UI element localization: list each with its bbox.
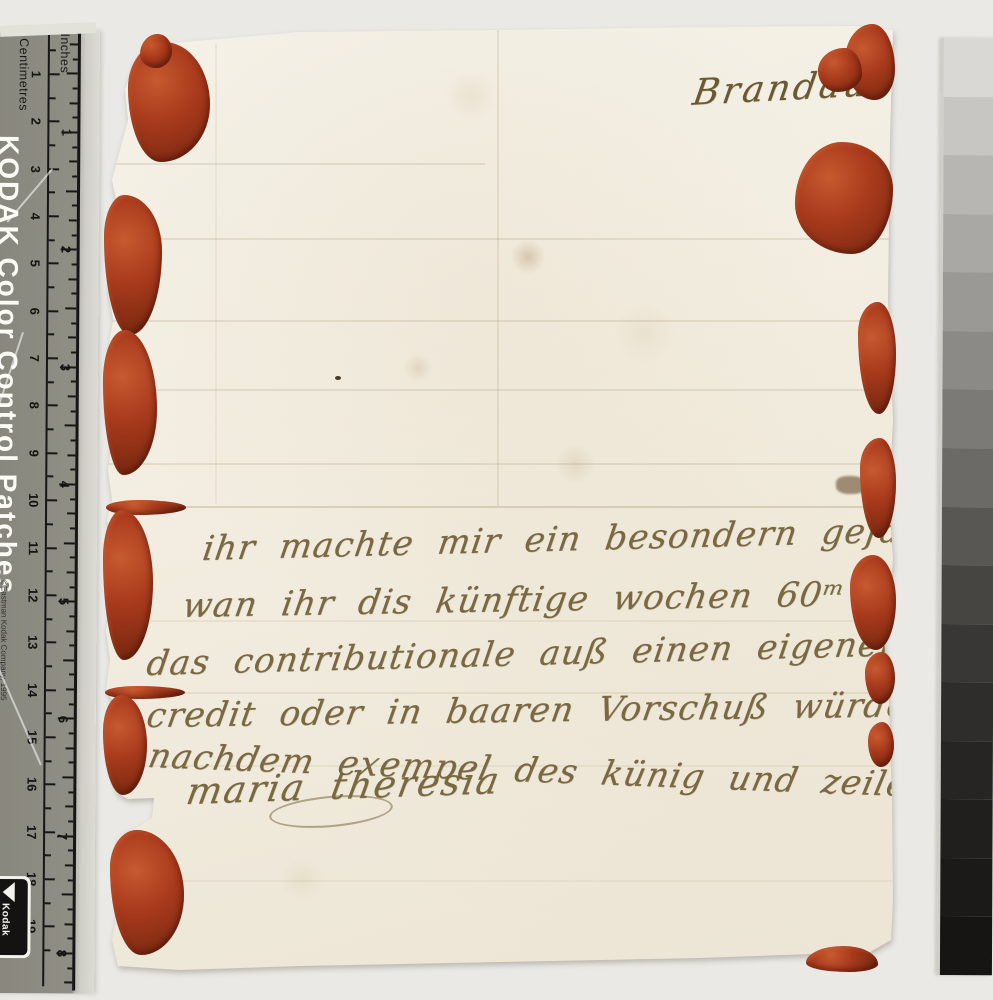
inch-tick	[70, 381, 76, 383]
stain	[403, 354, 433, 382]
inch-tick	[61, 249, 77, 251]
fold-crease	[103, 506, 898, 508]
cm-half-tick	[47, 523, 53, 525]
cm-number: 5	[27, 255, 45, 273]
inch-tick	[72, 117, 78, 119]
inch-tick	[66, 689, 74, 691]
inch-tick	[62, 777, 73, 779]
inch-tick	[64, 542, 75, 544]
inch-tick	[68, 821, 74, 823]
inch-tick	[72, 58, 78, 60]
inch-tick	[67, 938, 73, 940]
cm-tick	[47, 547, 57, 549]
inch-tick	[70, 102, 78, 104]
gray-step	[941, 565, 993, 624]
cm-half-tick	[46, 760, 52, 762]
inch-tick	[69, 615, 75, 617]
wax-seal-fragment	[140, 34, 172, 68]
inch-tick	[69, 674, 75, 676]
cm-half-tick	[48, 286, 54, 288]
wax-seal-fragment	[868, 722, 894, 767]
inch-tick	[70, 498, 76, 500]
inch-tick	[68, 337, 76, 339]
ink-fleck	[335, 376, 341, 380]
cm-number: 7	[26, 349, 44, 367]
inch-tick	[61, 131, 77, 133]
inch-tick	[67, 879, 73, 881]
inch-tick	[65, 923, 73, 925]
inch-tick	[71, 263, 77, 265]
fold-crease	[103, 163, 485, 165]
wax-seal-fragment	[795, 142, 893, 254]
cm-half-tick	[49, 192, 55, 194]
inch-tick	[68, 395, 76, 397]
cm-tick	[47, 499, 57, 501]
inch-tick	[69, 586, 75, 588]
inch-tick	[65, 307, 76, 309]
cm-number: 13	[24, 633, 42, 651]
inch-tick	[72, 175, 78, 177]
stain	[510, 240, 546, 274]
cm-number: 8	[26, 397, 44, 415]
gray-step	[944, 38, 993, 97]
cm-half-tick	[48, 428, 54, 430]
inch-tick	[70, 469, 76, 471]
cm-half-tick	[47, 476, 53, 478]
inch-tick	[66, 630, 74, 632]
cm-tick	[46, 641, 56, 643]
inch-tick	[64, 982, 72, 984]
fold-crease	[103, 463, 898, 465]
inch-tick	[59, 601, 75, 603]
gray-step	[940, 916, 992, 975]
cm-half-tick	[48, 334, 54, 336]
inch-tick	[69, 557, 75, 559]
cm-tick	[50, 73, 60, 75]
inch-tick	[68, 762, 74, 764]
cm-half-tick	[45, 807, 51, 809]
gray-step	[942, 507, 993, 566]
cm-tick	[47, 452, 57, 454]
stain	[613, 304, 677, 362]
inch-tick	[70, 43, 78, 45]
cm-half-tick	[47, 570, 53, 572]
gray-step	[940, 858, 992, 917]
gray-step	[942, 448, 993, 507]
inch-tick	[68, 703, 74, 705]
cm-half-tick	[48, 381, 54, 383]
inch-tick	[66, 747, 74, 749]
cm-number: 1	[28, 65, 46, 83]
inch-tick	[67, 850, 73, 852]
gray-step	[941, 682, 993, 741]
inch-tick	[72, 87, 78, 89]
cm-tick	[48, 310, 58, 312]
inch-tick	[56, 952, 72, 954]
cm-number: 3	[27, 160, 45, 178]
inch-tick	[66, 190, 77, 192]
fold-crease	[103, 880, 898, 882]
inch-tick	[71, 234, 77, 236]
cm-half-tick	[45, 855, 51, 857]
cm-half-tick	[46, 618, 52, 620]
inch-tick	[69, 219, 77, 221]
inch-tick	[71, 293, 77, 295]
inch-tick	[67, 571, 75, 573]
cm-tick	[48, 405, 58, 407]
gray-step	[942, 331, 993, 390]
cm-number: 12	[24, 586, 42, 604]
cm-number: 10	[25, 491, 43, 509]
archival-photo-page: { "ruler": { "brand_text": "KODAK Color …	[0, 0, 993, 1000]
cm-tick	[45, 784, 55, 786]
inch-tick	[69, 527, 75, 529]
cm-tick	[49, 215, 59, 217]
kodak-logo: Kodak	[0, 876, 31, 958]
gray-step	[940, 799, 992, 858]
kodak-chevron-icon	[3, 882, 15, 902]
gray-step	[943, 155, 993, 214]
inch-tick	[60, 366, 76, 368]
stain	[278, 858, 326, 900]
inch-tick	[67, 73, 78, 75]
manuscript-paper: Brandau ihr machte mir ein besondern gef…	[103, 24, 898, 974]
inch-tick	[69, 645, 75, 647]
cm-number: 16	[23, 775, 41, 793]
inch-tick	[67, 513, 75, 515]
fold-crease	[103, 238, 898, 240]
cm-number: 6	[26, 302, 44, 320]
inch-tick	[71, 322, 77, 324]
inch-tick	[65, 865, 73, 867]
cm-tick	[49, 263, 59, 265]
stain	[443, 72, 499, 120]
cm-half-tick	[49, 144, 55, 146]
inch-tick	[67, 909, 73, 911]
inch-tick	[68, 733, 74, 735]
cm-half-tick	[44, 949, 50, 951]
cm-number: 17	[23, 823, 41, 841]
kodak-ruler-strip: KODAK Color Control Patches Centimetres …	[0, 30, 100, 994]
cm-half-tick	[50, 49, 56, 51]
fold-crease	[103, 389, 898, 391]
inch-tick	[58, 718, 74, 720]
fold-crease	[103, 320, 898, 322]
kodak-logo-text: Kodak	[0, 903, 11, 936]
cm-half-tick	[46, 713, 52, 715]
inch-tick	[63, 659, 74, 661]
cm-number: 14	[24, 681, 42, 699]
inch-tick	[57, 835, 73, 837]
fold-crease-vertical	[215, 44, 217, 504]
cm-tick	[45, 878, 55, 880]
gray-wedge-steps	[940, 38, 993, 975]
inch-tick	[69, 161, 77, 163]
stain	[553, 444, 597, 484]
gray-step	[943, 97, 993, 156]
gray-step	[941, 741, 993, 800]
inch-tick	[71, 351, 77, 353]
inch-tick	[67, 967, 73, 969]
cm-half-tick	[50, 97, 56, 99]
manuscript-line: wan ihr dis künftige wochen 60ᵐ auf	[180, 573, 898, 626]
cm-number: 4	[27, 207, 45, 225]
manuscript-line: ihr machte mir ein besondern gefall	[200, 510, 898, 569]
cm-half-tick	[49, 239, 55, 241]
cm-number: 2	[27, 113, 45, 131]
kodak-logo-mark: Kodak	[0, 879, 28, 955]
cm-tick	[46, 736, 56, 738]
cm-number: 9	[25, 444, 43, 462]
wax-seal-fragment	[865, 652, 895, 704]
cm-tick	[46, 689, 56, 691]
ruler-scale: 1234567891011121314151617181912345678	[0, 30, 100, 994]
inch-tick	[70, 410, 76, 412]
cm-half-tick	[45, 902, 51, 904]
inch-tick	[68, 278, 76, 280]
inch-tick	[72, 146, 78, 148]
gray-step	[941, 624, 993, 683]
inch-tick	[71, 205, 77, 207]
cm-half-tick	[46, 665, 52, 667]
gray-step	[943, 214, 993, 273]
wax-seal-fragment	[818, 48, 862, 92]
cm-number: 11	[25, 539, 43, 557]
gray-scale-strip	[937, 38, 993, 975]
inch-tick	[65, 425, 76, 427]
gray-step	[943, 272, 993, 331]
manuscript-line: das contributionale auß einen eigenen	[144, 624, 898, 684]
inch-tick	[62, 894, 73, 896]
inch-tick	[70, 439, 76, 441]
cm-tick	[45, 926, 55, 928]
gray-step	[942, 389, 993, 448]
inch-tick	[68, 791, 74, 793]
inch-tick	[65, 806, 73, 808]
inch-tick	[59, 483, 75, 485]
inch-tick	[67, 454, 75, 456]
paper-sheet: Brandau ihr machte mir ein besondern gef…	[103, 24, 898, 974]
